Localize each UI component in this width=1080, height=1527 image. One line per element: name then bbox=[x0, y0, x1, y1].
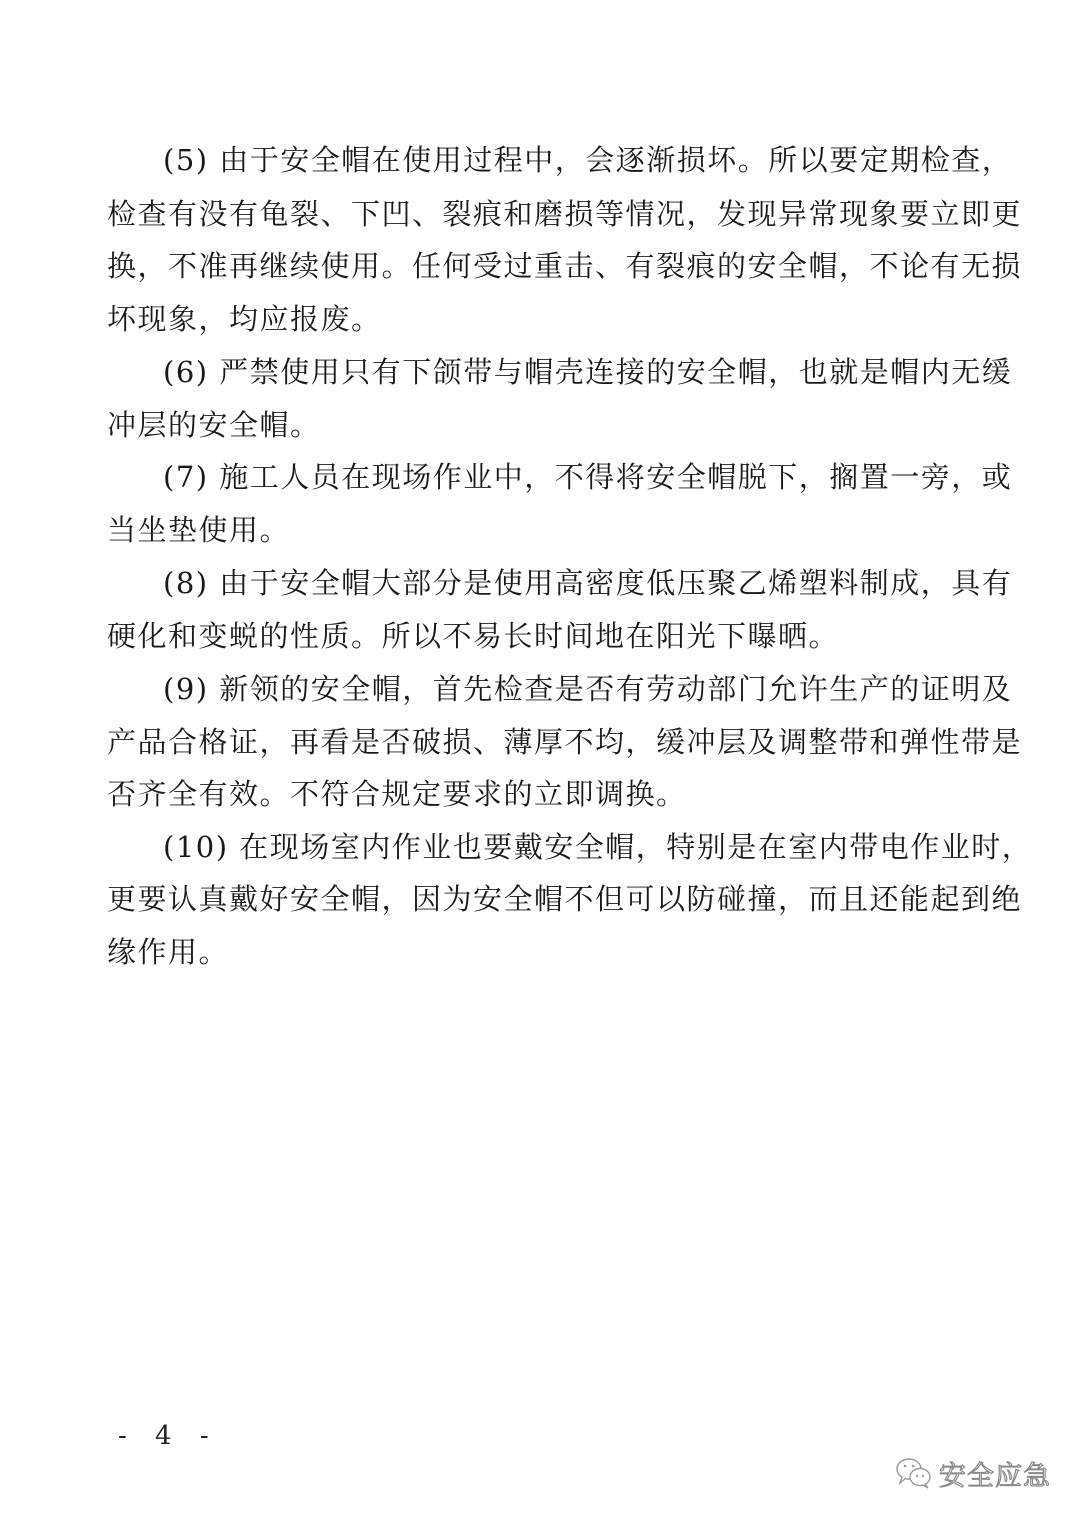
watermark: 安全应急 bbox=[895, 1453, 1051, 1493]
paragraph-line: (6) 严禁使用只有下颌带与帽壳连接的安全帽，也就是帽内无缓 bbox=[163, 352, 975, 392]
paragraph-line: (7) 施工人员在现场作业中，不得将安全帽脱下，搁置一旁，或 bbox=[163, 457, 975, 497]
wechat-icon bbox=[895, 1456, 933, 1490]
paragraph-line: (8) 由于安全帽大部分是使用高密度低压聚乙烯塑料制成，具有 bbox=[163, 563, 975, 603]
page-number: - 4 - bbox=[118, 1420, 219, 1452]
document-page: (5) 由于安全帽在使用过程中，会逐渐损坏。所以要定期检查， 检查有没有龟裂、下… bbox=[0, 0, 1080, 1527]
paragraph-line: (9) 新领的安全帽，首先检查是否有劳动部门允许生产的证明及 bbox=[163, 669, 975, 709]
paragraph-line: 产品合格证，再看是否破损、薄厚不均，缓冲层及调整带和弹性带是 bbox=[107, 722, 975, 762]
paragraph-line: 硬化和变蜕的性质。所以不易长时间地在阳光下曝晒。 bbox=[107, 616, 975, 656]
paragraph-line: 缘作用。 bbox=[107, 932, 975, 972]
paragraph-line: 坏现象，均应报废。 bbox=[107, 299, 975, 339]
paragraph-line: 更要认真戴好安全帽，因为安全帽不但可以防碰撞，而且还能起到绝 bbox=[107, 879, 975, 919]
paragraph-line: (5) 由于安全帽在使用过程中，会逐渐损坏。所以要定期检查， bbox=[163, 140, 975, 180]
watermark-text: 安全应急 bbox=[939, 1454, 1051, 1493]
paragraph-line: 换，不准再继续使用。任何受过重击、有裂痕的安全帽，不论有无损 bbox=[107, 246, 975, 286]
paragraph-line: 当坐垫使用。 bbox=[107, 510, 975, 550]
paragraph-line: 冲层的安全帽。 bbox=[107, 405, 975, 445]
paragraph-line: 否齐全有效。不符合规定要求的立即调换。 bbox=[107, 774, 975, 814]
paragraph-line: 检查有没有龟裂、下凹、裂痕和磨损等情况，发现异常现象要立即更 bbox=[107, 194, 975, 234]
paragraph-line: (10) 在现场室内作业也要戴安全帽，特别是在室内带电作业时， bbox=[163, 827, 975, 867]
